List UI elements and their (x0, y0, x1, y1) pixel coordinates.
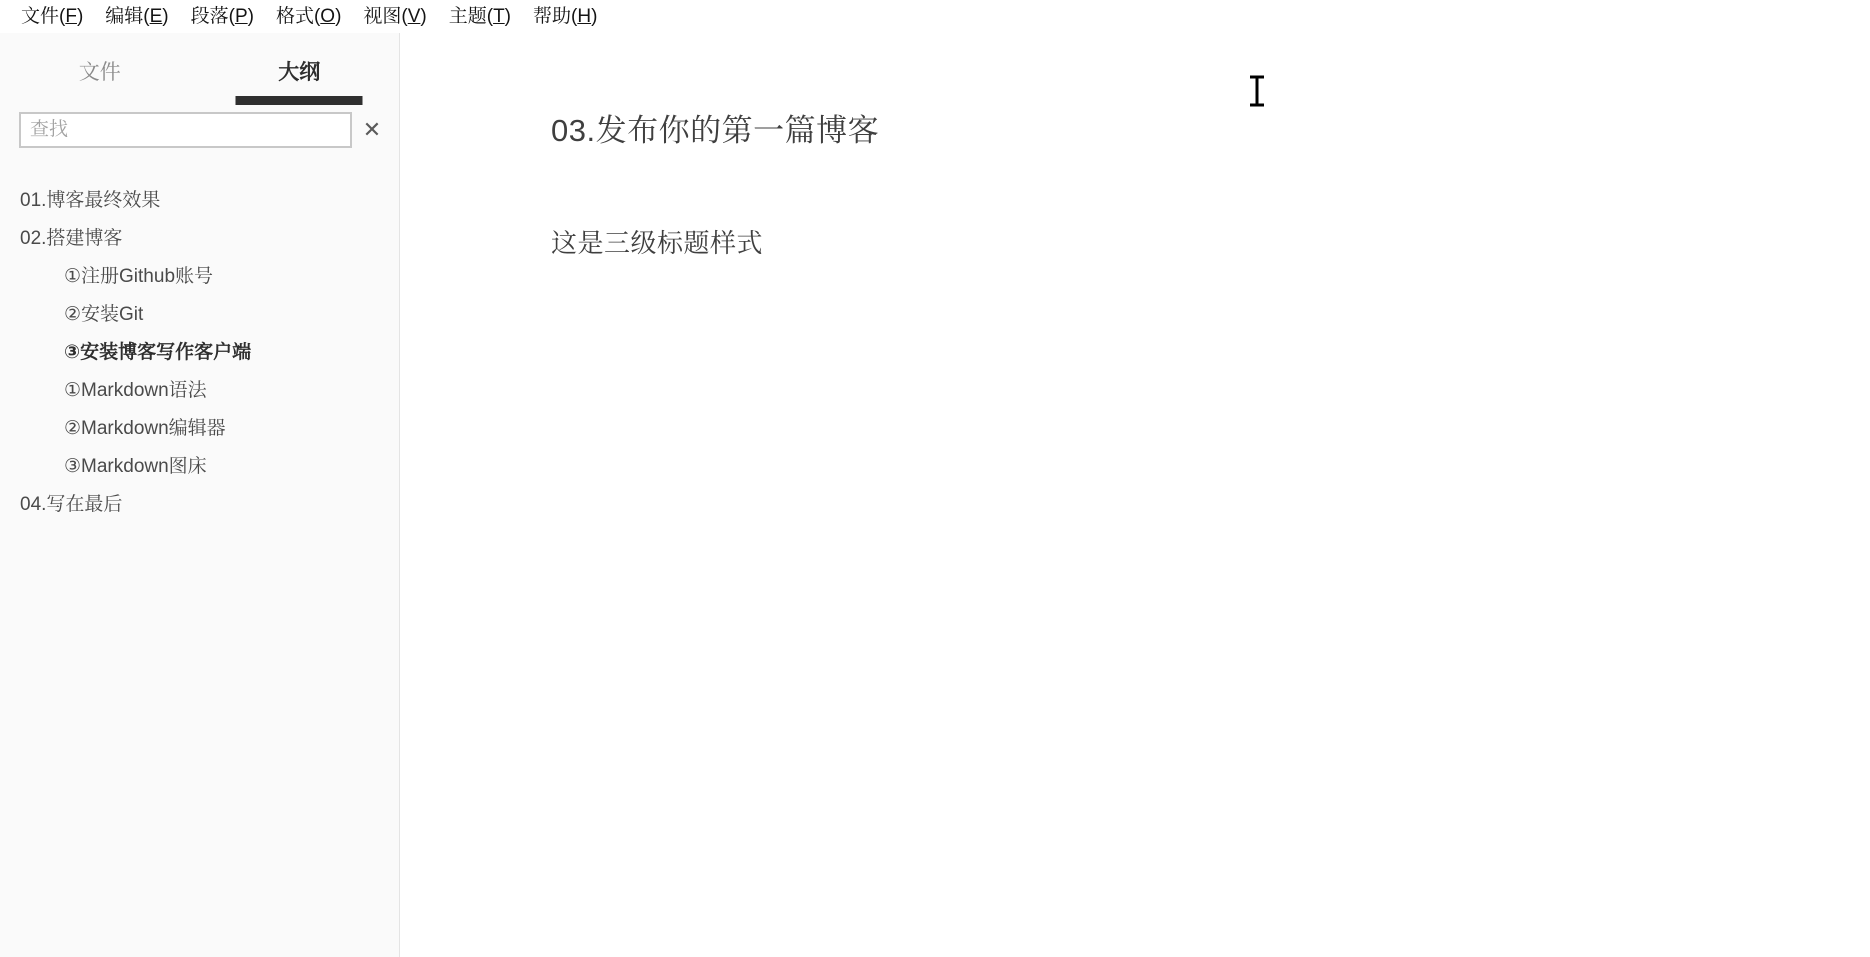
outline-item[interactable]: 04.写在最后 (0, 486, 399, 524)
sidebar-tab-outline[interactable]: 大纲 (200, 33, 400, 100)
outline-item[interactable]: ②安装Git (0, 296, 399, 334)
outline-item[interactable]: 02.搭建博客 (0, 220, 399, 258)
editor-pane[interactable]: 03.发布你的第一篇博客 这是三级标题样式 (401, 33, 1870, 957)
menu-item-format[interactable]: 格式(O) (265, 0, 352, 33)
clear-search-button[interactable]: ✕ (356, 114, 388, 146)
outline-item[interactable]: ③安装博客写作客户端 (0, 334, 399, 372)
outline-item[interactable]: ②Markdown编辑器 (0, 410, 399, 448)
outline-item[interactable]: ①Markdown语法 (0, 372, 399, 410)
outline-item[interactable]: ③Markdown图床 (0, 448, 399, 486)
menubar: 文件(F)编辑(E)段落(P)格式(O)视图(V)主题(T)帮助(H) (0, 0, 1870, 33)
outline-list: 01.博客最终效果02.搭建博客①注册Github账号②安装Git③安装博客写作… (0, 182, 399, 524)
sidebar-tab-files[interactable]: 文件 (0, 33, 200, 100)
menu-item-edit[interactable]: 编辑(E) (94, 0, 179, 33)
outline-item[interactable]: 01.博客最终效果 (0, 182, 399, 220)
search-input[interactable] (19, 112, 352, 148)
menu-item-file[interactable]: 文件(F) (10, 0, 94, 33)
sidebar-tabs: 文件大纲 (0, 33, 399, 100)
close-icon: ✕ (363, 117, 381, 142)
menu-item-theme[interactable]: 主题(T) (438, 0, 522, 33)
menu-item-paragraph[interactable]: 段落(P) (180, 0, 265, 33)
search-row: ✕ (0, 112, 399, 148)
doc-heading-level3[interactable]: 这是三级标题样式 (551, 223, 763, 260)
outline-item[interactable]: ①注册Github账号 (0, 258, 399, 296)
sidebar: 文件大纲 ✕ 01.博客最终效果02.搭建博客①注册Github账号②安装Git… (0, 33, 400, 957)
doc-heading-level2[interactable]: 03.发布你的第一篇博客 (551, 105, 879, 150)
menu-item-view[interactable]: 视图(V) (352, 0, 437, 33)
menu-item-help[interactable]: 帮助(H) (522, 0, 608, 33)
